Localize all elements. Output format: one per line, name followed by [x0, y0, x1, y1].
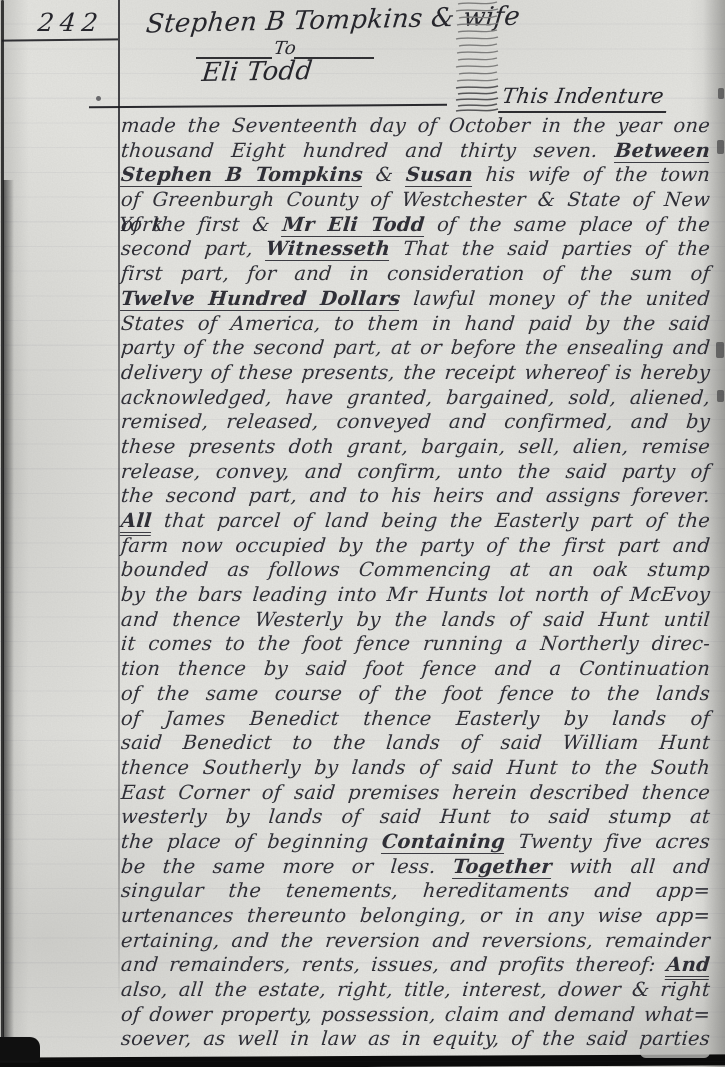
page-edge-mark — [718, 88, 724, 99]
manuscript-line: urtenances thereunto belonging, or in an… — [120, 904, 711, 929]
line-text: remised, released, conveyed and confirme… — [120, 410, 711, 433]
manuscript-line: and thence Westerly by the lands of said… — [120, 608, 711, 633]
manuscript-line: thence Southerly by lands of said Hunt t… — [120, 756, 711, 781]
page-edge-mark — [717, 390, 724, 402]
manuscript-line: ertaining, and the reversion and reversi… — [120, 929, 711, 954]
manuscript-line: tion thence by said foot fence and a Con… — [120, 657, 711, 682]
line-text: made the Seventeenth day of October in t… — [120, 114, 711, 137]
line-text: it comes to the foot fence running a Nor… — [120, 632, 711, 655]
emphasized-word: Together — [452, 855, 553, 879]
line-text: of the same course of the foot fence to … — [120, 682, 711, 705]
emphasized-word: Twelve Hundred Dollars — [120, 287, 401, 311]
header-bottom-rule — [89, 104, 447, 109]
line-text: That the said parties of the — [389, 237, 711, 260]
line-text: westerly by lands of said Hunt to said s… — [120, 805, 711, 828]
line-text: these presents doth grant, bargain, sell… — [120, 435, 711, 458]
manuscript-line: East Corner of said premises herein desc… — [120, 781, 711, 806]
manuscript-line: said Benedict to the lands of said Willi… — [120, 731, 711, 756]
manuscript-line: acknowledged, have granted, bargained, s… — [120, 386, 711, 411]
line-text: singular the tenements, hereditaments an… — [120, 879, 711, 902]
line-text: East Corner of said premises herein desc… — [120, 781, 711, 804]
opening-phrase: This Indenture — [498, 84, 670, 113]
line-text: & — [362, 163, 407, 186]
page-number: 242 — [36, 8, 105, 37]
manuscript-line: remised, released, conveyed and confirme… — [120, 410, 711, 435]
line-text: Twenty five acres — [504, 830, 711, 853]
manuscript-line: Twelve Hundred Dollars lawful money of t… — [120, 287, 711, 312]
manuscript-line: release, convey, and confirm, unto the s… — [120, 460, 711, 485]
line-text: urtenances thereunto belonging, or in an… — [120, 904, 711, 927]
line-text: of dower property, possession, claim and… — [120, 1003, 711, 1026]
line-text: farm now occupied by the party of the fi… — [120, 534, 711, 557]
manuscript-line: also, all the estate, right, title, inte… — [120, 978, 711, 1003]
header-grantor-name: Stephen B Tompkins & wife — [145, 3, 478, 40]
manuscript-line: States of America, to them in hand paid … — [120, 312, 711, 337]
line-text: first part, for and in consideration of … — [120, 262, 711, 285]
ink-dot — [96, 96, 101, 101]
line-text: of James Benedict thence Easterly by lan… — [120, 707, 711, 730]
manuscript-line: farm now occupied by the party of the fi… — [120, 534, 711, 559]
line-text: acknowledged, have granted, bargained, s… — [120, 386, 711, 409]
line-text: said Benedict to the lands of said Willi… — [120, 731, 711, 754]
manuscript-line: second part, Witnesseth That the said pa… — [120, 237, 711, 262]
line-text: and thence Westerly by the lands of said… — [120, 608, 711, 631]
manuscript-line: of the first & Mr Eli Todd of the same p… — [120, 213, 711, 238]
line-text: be the same more or less. — [120, 855, 454, 878]
manuscript-line: of Greenburgh County of Westchester & St… — [120, 188, 711, 213]
manuscript-line: of dower property, possession, claim and… — [120, 1003, 711, 1028]
line-text: with all and — [551, 855, 711, 878]
manuscript-line: All that parcel of land being the Easter… — [120, 509, 711, 534]
manuscript-line: soever, as well in law as in equity, of … — [120, 1027, 711, 1052]
deed-record-page: 242 Stephen B Tompkins & wife To Eli Tod… — [0, 0, 725, 1067]
line-text: that parcel of land being the Easterly p… — [151, 509, 711, 532]
manuscript-line: singular the tenements, hereditaments an… — [120, 879, 711, 904]
line-text: bounded as follows Commencing at an oak … — [120, 558, 711, 581]
manuscript-line: Stephen B Tompkins & Susan his wife of t… — [120, 163, 711, 188]
manuscript-line: of James Benedict thence Easterly by lan… — [120, 707, 711, 732]
manuscript-line: be the same more or less. Together with … — [120, 855, 711, 880]
manuscript-line: the place of beginning Containing Twenty… — [120, 830, 711, 855]
line-text: thence Southerly by lands of said Hunt t… — [120, 756, 711, 779]
line-text: States of America, to them in hand paid … — [120, 312, 711, 335]
body-lines: made the Seventeenth day of October in t… — [121, 114, 710, 1052]
emphasized-word: And — [665, 953, 711, 980]
line-text: soever, as well in law as in equity, of … — [120, 1027, 711, 1050]
page-left-edge-shadow — [3, 180, 14, 1067]
line-text: of the first & — [120, 213, 283, 236]
manuscript-line: it comes to the foot fence running a Nor… — [120, 632, 711, 657]
manuscript-line: of the same course of the foot fence to … — [120, 682, 711, 707]
manuscript-line: the second part, and to his heirs and as… — [120, 484, 711, 509]
line-text: second part, — [120, 237, 267, 260]
page-edge-mark — [716, 342, 724, 358]
line-text: ertaining, and the reversion and reversi… — [120, 929, 711, 952]
emphasized-word: Mr Eli Todd — [281, 213, 425, 237]
emphasized-word: Between — [614, 139, 711, 163]
line-text: lawful money of the united — [399, 287, 711, 310]
line-text: and remainders, rents, issues, and profi… — [120, 953, 667, 976]
line-text: his wife of the town — [472, 163, 711, 186]
line-text: also, all the estate, right, title, inte… — [120, 978, 711, 1001]
line-text: of the same place of the — [424, 213, 711, 236]
manuscript-line: by the bars leading into Mr Hunts lot no… — [120, 583, 711, 608]
line-text: the place of beginning — [120, 830, 383, 853]
page-number-underline — [2, 38, 118, 41]
line-text: the second part, and to his heirs and as… — [120, 484, 711, 507]
page-edge-mark — [717, 140, 724, 154]
line-text: release, convey, and confirm, unto the s… — [120, 460, 711, 483]
manuscript-line: thousand Eight hundred and thirty seven.… — [120, 139, 711, 164]
manuscript-line: bounded as follows Commencing at an oak … — [120, 558, 711, 583]
emphasized-word: Stephen B Tompkins — [120, 163, 364, 187]
line-text: tion thence by said foot fence and a Con… — [120, 657, 711, 680]
emphasized-word: Susan — [405, 163, 474, 187]
line-text: party of the second part, at or before t… — [120, 336, 711, 359]
emphasized-word: Containing — [381, 830, 506, 854]
manuscript-line: party of the second part, at or before t… — [120, 336, 711, 361]
manuscript-line: delivery of these presents, the receipt … — [120, 361, 711, 386]
manuscript-line: made the Seventeenth day of October in t… — [120, 114, 711, 139]
scan-bottom-left-blob — [0, 1037, 40, 1063]
manuscript-line: westerly by lands of said Hunt to said s… — [120, 805, 711, 830]
manuscript-line: and remainders, rents, issues, and profi… — [120, 953, 711, 978]
line-text: by the bars leading into Mr Hunts lot no… — [120, 583, 711, 606]
line-text: delivery of these presents, the receipt … — [120, 361, 711, 384]
line-text: thousand Eight hundred and thirty seven. — [120, 139, 616, 162]
scan-bottom-black-bar — [0, 1054, 725, 1067]
header-grantee-name: Eli Todd — [200, 56, 314, 88]
emphasized-word: All — [120, 509, 153, 536]
binding-stitches — [452, 0, 500, 114]
emphasized-word: Witnesseth — [265, 237, 391, 261]
manuscript-line: these presents doth grant, bargain, sell… — [120, 435, 711, 460]
manuscript-line: first part, for and in consideration of … — [120, 262, 711, 287]
